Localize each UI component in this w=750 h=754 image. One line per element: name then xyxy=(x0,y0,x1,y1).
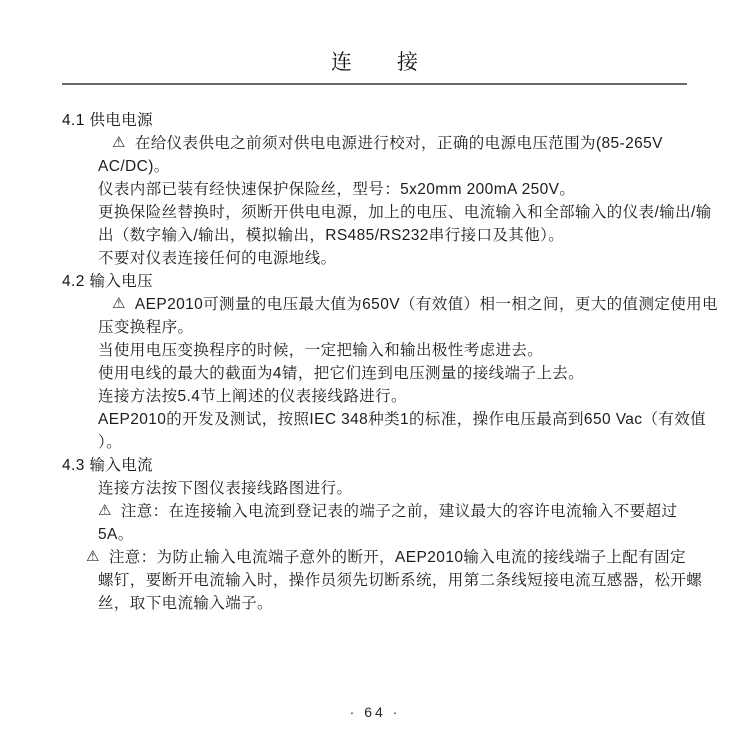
text-line: AEP2010的开发及测试，按照IEC 348种类1的标准，操作电压最高到650… xyxy=(98,408,750,431)
warning-icon: ⚠ xyxy=(86,545,100,568)
warning-icon: ⚠ xyxy=(112,292,126,315)
text-line: 连接方法按下图仪表接线路图进行。 xyxy=(98,477,750,500)
section-heading-4-2: 4.2 输入电压 xyxy=(62,270,750,293)
title-divider xyxy=(62,83,687,85)
page-content: 4.1 供电电源 ⚠在给仪表供电之前须对供电电源进行校对，正确的电源电压范围为(… xyxy=(0,109,750,615)
text-line: 出（数字输入/输出，模拟输出，RS485/RS232串行接口及其他）。 xyxy=(98,224,750,247)
section-heading-4-1: 4.1 供电电源 xyxy=(62,109,750,132)
page-title: 连 接 xyxy=(0,0,750,76)
text-line: 当使用电压变换程序的时候，一定把输入和输出极性考虑进去。 xyxy=(98,339,750,362)
warning-icon: ⚠ xyxy=(112,131,126,154)
text-line: 不要对仪表连接任何的电源地线。 xyxy=(98,247,750,270)
text-line: 仪表内部已装有经快速保护保险丝，型号：5x20mm 200mA 250V。 xyxy=(98,178,750,201)
text-line: ⚠注意：为防止输入电流端子意外的断开，AEP2010输入电流的接线端子上配有固定 xyxy=(86,546,750,569)
page-number: · 64 · xyxy=(0,704,750,720)
text-line: 使用电线的最大的截面为4锖，把它们连到电压测量的接线端子上去。 xyxy=(98,362,750,385)
section-heading-4-3: 4.3 输入电流 xyxy=(62,454,750,477)
text-line: AC/DC)。 xyxy=(98,155,750,178)
line-text: 注意：为防止输入电流端子意外的断开，AEP2010输入电流的接线端子上配有固定 xyxy=(109,549,686,566)
line-text: 注意：在连接输入电流到登记表的端子之前，建议最大的容许电流输入不要超过 xyxy=(121,503,678,520)
line-text: 在给仪表供电之前须对供电电源进行校对，正确的电源电压范围为(85-265V xyxy=(135,135,663,152)
text-line: 连接方法按5.4节上阐述的仪表接线路进行。 xyxy=(98,385,750,408)
text-line: 螺钉，要断开电流输入时，操作员须先切断系统，用第二条线短接电流互感器，松开螺 xyxy=(98,569,750,592)
text-line: 丝，取下电流输入端子。 xyxy=(98,592,750,615)
text-line: ⚠在给仪表供电之前须对供电电源进行校对，正确的电源电压范围为(85-265V xyxy=(112,132,750,155)
text-line: ⚠AEP2010可测量的电压最大值为650V（有效值）相一相之间，更大的值测定使… xyxy=(112,293,750,316)
warning-icon: ⚠ xyxy=(98,499,112,522)
line-text: AEP2010可测量的电压最大值为650V（有效值）相一相之间，更大的值测定使用… xyxy=(135,296,718,313)
text-line: 压变换程序。 xyxy=(98,316,750,339)
text-line: ）。 xyxy=(98,431,750,454)
text-line: 5A。 xyxy=(98,523,750,546)
text-line: ⚠注意：在连接输入电流到登记表的端子之前，建议最大的容许电流输入不要超过 xyxy=(98,500,750,523)
text-line: 更换保险丝替换时，须断开供电电源，加上的电压、电流输入和全部输入的仪表/输出/输 xyxy=(98,201,750,224)
manual-page: 连 接 4.1 供电电源 ⚠在给仪表供电之前须对供电电源进行校对，正确的电源电压… xyxy=(0,0,750,754)
